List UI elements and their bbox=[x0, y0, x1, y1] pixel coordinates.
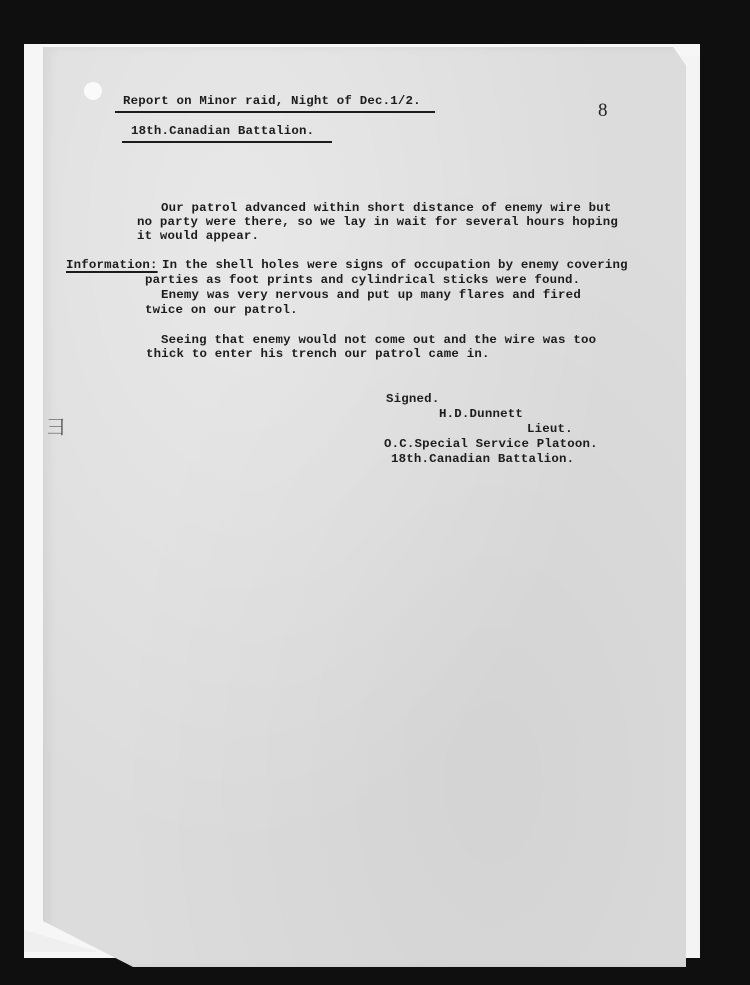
document-page bbox=[43, 47, 686, 967]
information-label: Information: bbox=[66, 258, 158, 273]
pencil-scribble-mark: ⺕ bbox=[46, 420, 76, 456]
paragraph-line: no party were there, so we lay in wait f… bbox=[137, 215, 618, 230]
signatory-name: H.D.Dunnett bbox=[439, 407, 523, 422]
title-underline bbox=[115, 111, 435, 113]
punch-hole bbox=[84, 82, 102, 100]
signatory-position: O.C.Special Service Platoon. bbox=[384, 437, 598, 452]
paragraph-line: thick to enter his trench our patrol cam… bbox=[146, 347, 490, 362]
paragraph-line: In the shell holes were signs of occupat… bbox=[162, 258, 628, 273]
paragraph-line: twice on our patrol. bbox=[145, 303, 298, 318]
paragraph-line: Enemy was very nervous and put up many f… bbox=[161, 288, 581, 303]
subtitle-underline bbox=[122, 141, 332, 143]
paragraph-line: it would appear. bbox=[137, 229, 259, 244]
signatory-unit: 18th.Canadian Battalion. bbox=[391, 452, 574, 467]
paragraph-line: parties as foot prints and cylindrical s… bbox=[145, 273, 580, 288]
page-number: 8 bbox=[598, 100, 608, 122]
paragraph-line: Seeing that enemy would not come out and… bbox=[161, 333, 596, 348]
signed-label: Signed. bbox=[386, 392, 439, 407]
paragraph-line: Our patrol advanced within short distanc… bbox=[161, 201, 612, 216]
signatory-rank: Lieut. bbox=[527, 422, 573, 437]
report-subtitle: 18th.Canadian Battalion. bbox=[131, 124, 314, 139]
report-title: Report on Minor raid, Night of Dec.1/2. bbox=[123, 94, 421, 109]
